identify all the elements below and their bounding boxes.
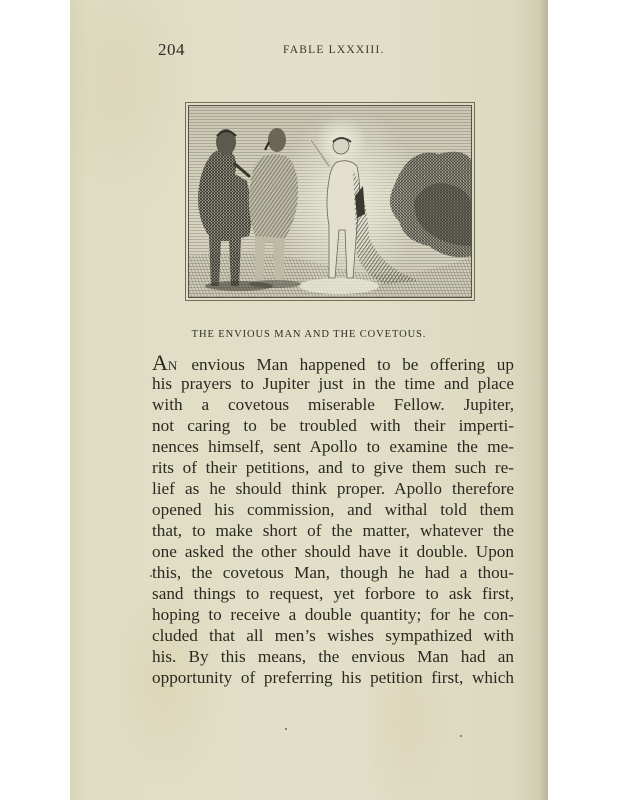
text-line-12: sand things to request, yet forbore to a… [152, 583, 514, 604]
text-line-9: that, to make short of the matter, whate… [152, 520, 514, 541]
text-line-5: nences himself, sent Apollo to examine t… [152, 436, 514, 457]
fable-body-text: AN envious Man happened to be offering u… [152, 352, 514, 688]
text-line-8: opened his commission, and withal told t… [152, 499, 514, 520]
text-line-14: cluded that all men’s wishes sympathized… [152, 625, 514, 646]
engraving-scene-icon [189, 106, 472, 298]
text-line-16: opportunity of preferring his petition f… [152, 667, 514, 688]
text-line-3: with a covetous miserable Fellow. Jupite… [152, 394, 514, 415]
page-number: 204 [158, 40, 185, 60]
illustration-caption: THE ENVIOUS MAN AND THE COVETOUS. [70, 329, 548, 340]
book-page: 204 FABLE LXXXIII. [70, 0, 548, 800]
text-line-11: this, the covetous Man, though he had a … [152, 562, 514, 583]
text-line-2: his prayers to Jupiter just in the time … [152, 373, 514, 394]
engraving-illustration [188, 105, 472, 298]
paper-speck [460, 735, 462, 737]
text-line-13: hoping to receive a double quantity; for… [152, 604, 514, 625]
illustration-frame [185, 102, 475, 301]
initial-small-caps: N [168, 358, 178, 373]
text-line-7: lief as he should think proper. Apollo t… [152, 478, 514, 499]
text-line-4: not caring to be troubled with their imp… [152, 415, 514, 436]
running-head: FABLE LXXXIII. [283, 44, 385, 56]
initial-capital: A [152, 350, 168, 375]
page-edge-shadow [538, 0, 548, 800]
text-line-10: one asked the other should have it doubl… [152, 541, 514, 562]
paper-speck [285, 728, 287, 730]
text-line-6: rits of their petitions, and to give the… [152, 457, 514, 478]
text-line-15: his. By this means, the envious Man had … [152, 646, 514, 667]
text-line-1: AN envious Man happened to be offering u… [152, 352, 514, 373]
paper-speck [150, 575, 152, 577]
